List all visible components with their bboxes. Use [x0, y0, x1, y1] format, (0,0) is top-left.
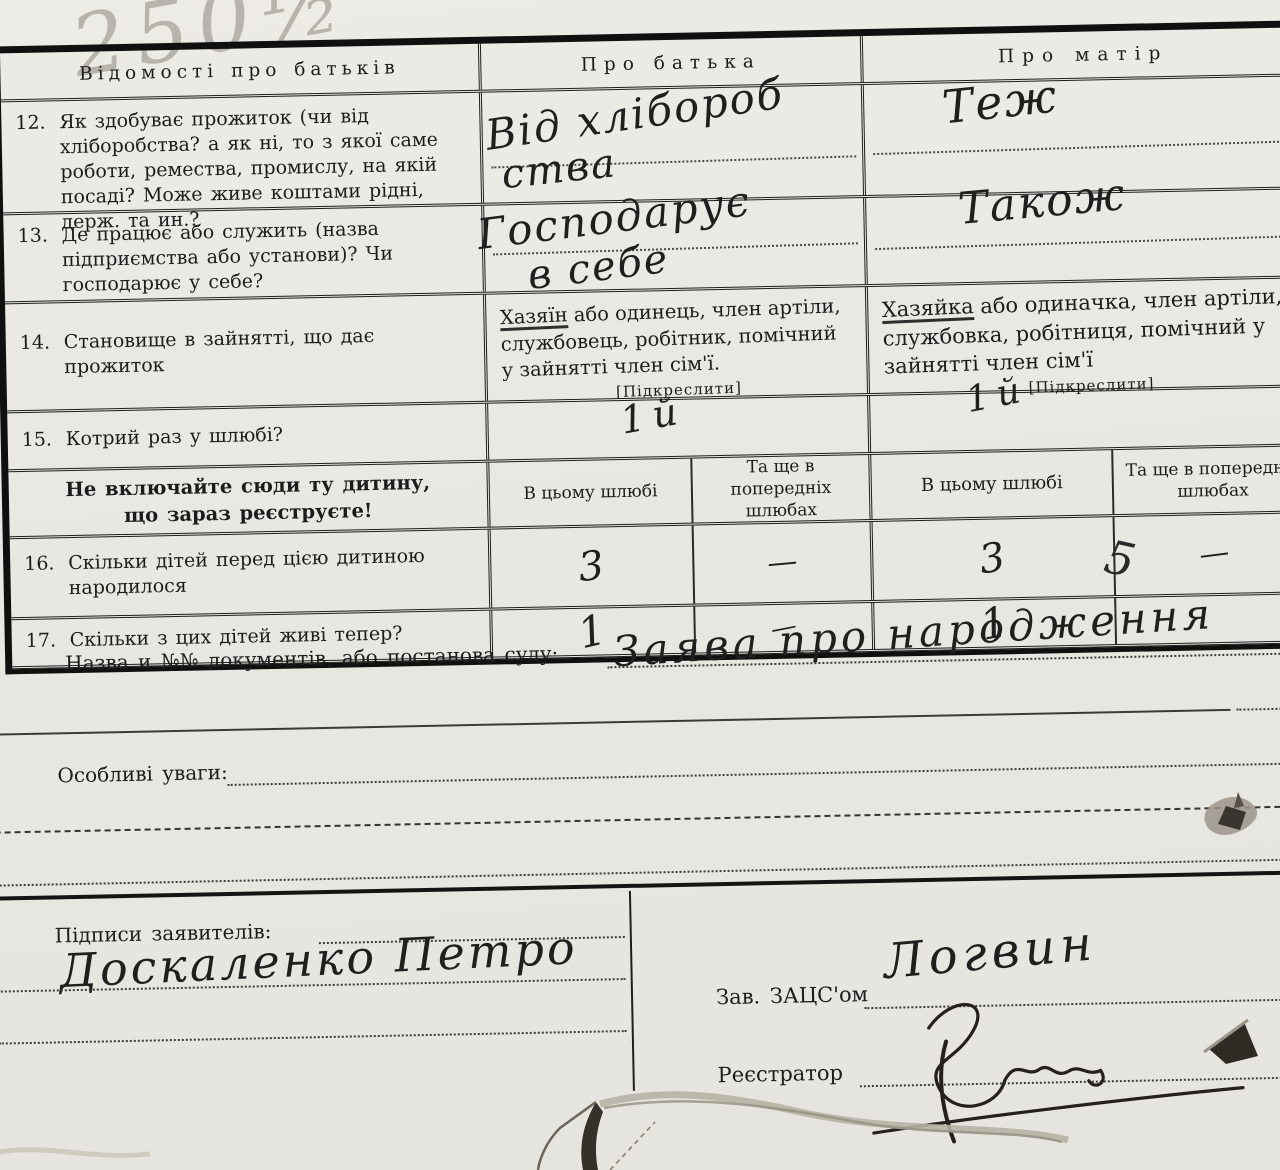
children-note-line2: що зараз реєструєте!: [124, 497, 373, 529]
mother-subcol-this-marriage: В цьому шлюбі: [913, 467, 1072, 502]
q16-number: 16.: [24, 551, 69, 602]
q17-number: 17.: [26, 628, 70, 654]
rule-line: [0, 805, 1280, 833]
father-subcol-previous-marriages: Та ще в попередніх шлюбах: [692, 450, 869, 528]
q16-text: Скільки дітей перед цією дитиною народил…: [68, 543, 479, 601]
q13-number: 13.: [17, 223, 63, 299]
section-divider: [0, 870, 1280, 900]
mother-subcolumns: В цьому шлюбі Та ще в попередніх шлюбах: [868, 446, 1280, 519]
q14-number: 14.: [20, 330, 65, 381]
registrar-signature: [833, 983, 1266, 1152]
father-subcol-this-marriage: В цьому шлюбі: [515, 476, 666, 509]
remarks-dotted-line: [228, 762, 1280, 786]
hw-q16-father-prev: —: [766, 547, 799, 580]
dotted-guide: [875, 235, 1280, 250]
q15-question: 15. Котрий раз у шлюбі?: [7, 404, 486, 470]
q14-father-cell: Хазяїн або одинець, член артіли, службов…: [483, 287, 867, 401]
registrar-label: Реєстратор: [717, 1061, 843, 1088]
father-subcolumns: В цьому шлюбі Та ще в попередніх шлюбах: [486, 455, 869, 527]
children-note: Не включайте сюди ту дитину, що зараз ре…: [8, 463, 487, 537]
q14-mother-cell: Хазяйка або одиначка, член артіли, служб…: [865, 278, 1280, 393]
q13-text: Де працює або служить (назва підприємств…: [61, 215, 472, 298]
header-father: Про батька: [478, 36, 861, 90]
children-note-line1: Не включайте сюди ту дитину,: [65, 469, 430, 504]
hw-q16-mother-this: 3: [977, 537, 1010, 581]
hw-q17-father-this: 1: [574, 608, 612, 655]
hw-q13-mother: Також: [957, 173, 1129, 232]
mother-subcol-previous-marriages: Та ще в попередніх шлюбах: [1113, 452, 1280, 508]
header-parents: Відомості про батьків: [0, 44, 479, 100]
hw-q12-father-line2: ства: [500, 143, 619, 195]
q14-question: 14. Становище в зайнятті, що дає прожито…: [5, 295, 485, 411]
hw-q16-father-this: 3: [576, 545, 608, 588]
q15-text: Котрий раз у шлюбі?: [66, 419, 476, 452]
hw-zags-signature: Логвин: [882, 919, 1099, 986]
document-sheet: 250½ Відомості про батьків Про батька Пр…: [0, 0, 1280, 1170]
q16-question: 16. Скільки дітей перед цією дитиною нар…: [10, 530, 489, 618]
q16-mother-cell: 3 —: [870, 513, 1280, 600]
registration-table: Відомості про батьків Про батька Про мат…: [0, 20, 1280, 674]
q13-question: 13. Де працює або служить (назва підприє…: [3, 206, 483, 302]
q15-number: 15.: [22, 427, 66, 453]
q14-text: Становище в зайнятті, що дає прожиток: [64, 322, 475, 380]
vertical-divider: [629, 891, 635, 1091]
hw-q15-father: 1й: [618, 391, 688, 440]
q12-question: 12. Як здобуває прожиток (чи від хліборо…: [1, 93, 481, 213]
q16-father-cell: 3 —: [488, 522, 871, 608]
rule-line: [0, 709, 1230, 736]
q13-father-cell: Господарує в себе: [481, 198, 865, 292]
signature-line-3: [0, 1030, 627, 1045]
remarks-label: Особливі уваги:: [57, 760, 228, 787]
q14-mother-underlined: Хазяйка: [881, 295, 974, 324]
q14-mother-options: Хазяйка або одиначка, член артіли, служб…: [867, 275, 1280, 405]
q14-father-underlined: Хазяїн: [499, 305, 568, 331]
hw-q16-mother-prev: —: [1198, 537, 1232, 571]
rule-line: [0, 858, 1280, 886]
rule-line-dotted-end: [1236, 708, 1280, 711]
q15-mother-cell: 1й: [867, 387, 1280, 452]
hw-q15-mother: 1й: [963, 372, 1031, 419]
q13-mother-cell: Також: [863, 189, 1280, 284]
header-mother: Про матір: [860, 27, 1280, 82]
dotted-guide: [873, 140, 1280, 155]
hw-q12-mother: Теж: [940, 72, 1060, 130]
